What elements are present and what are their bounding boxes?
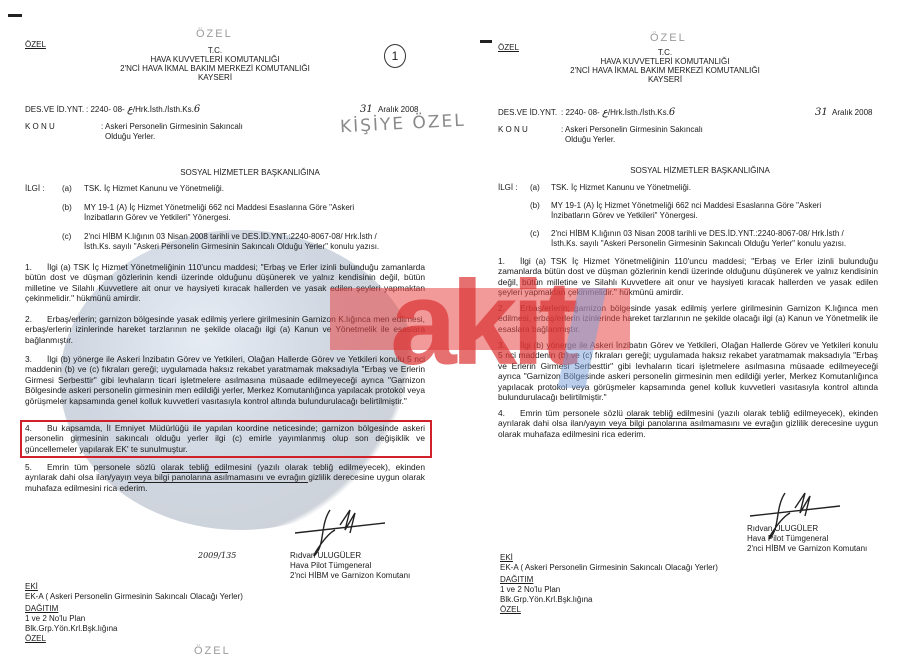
classification-top: ÖZEL [25,40,46,50]
dagitim-item-2: Blk.Grp.Yön.Krl.Bşk.lığına [500,595,592,605]
scan-mark [480,40,492,43]
classification-top: ÖZEL [498,43,519,53]
ilgi-b-line-2: İnzibatların Görev ve Yetkileri" Yönerge… [551,211,698,221]
page-number-circled: 1 [384,44,406,68]
classification-stamp: ÖZEL [196,28,233,40]
signatory-title: 2'nci HİBM ve Garnizon Komutanı [290,571,410,581]
dagitim-label: DAĞITIM [25,604,58,614]
ref-label: DES.VE İD.YNT. [25,105,84,115]
ilgi-c-key: (c) [62,232,71,242]
subject-line-2: Olduğu Yerler. [105,132,155,142]
paragraph-3: 3.İlgi (b) yönerge ile Askeri İnzibatın … [25,354,425,406]
ref-hand-number: ع [127,104,133,115]
date-day-handwritten: 31 [815,107,828,118]
ilgi-a-text: TSK. İç Hizmet Kanunu ve Yönetmeliği. [84,184,224,194]
ref-value: : 2240- ع -08/Hrk.İsth./İsth.Ks.6 [86,105,200,115]
subject-label: K O N U [25,122,55,132]
addressee: SOSYAL HİZMETLER BAŞKANLIĞINA [100,168,400,178]
ref-hand-suffix: 6 [194,104,200,115]
ref-hand-suffix: 6 [669,107,675,118]
handwritten-underline [625,418,695,419]
dagitim-item-1: 1 ve 2 No'lu Plan [25,614,85,624]
handwritten-underline [128,482,308,483]
ilgi-c-line-1: 2'nci HİBM K.lığının 03 Nisan 2008 tarih… [84,232,377,242]
ilgi-c-key: (c) [530,229,539,239]
header-city: KAYSERİ [80,73,350,83]
ilgi-label: İLGİ : [498,183,518,193]
handwritten-underline [162,472,228,473]
ilgi-b-line-1: MY 19-1 (A) İç Hizmet Yönetmeliği 662 nc… [551,201,821,211]
ilgi-b-key: (b) [530,201,540,211]
paragraph-4-highlighted: 4.Bu kapsamda, İl Emniyet Müdürlüğü ile … [25,423,425,454]
handwritten-underline [590,428,770,429]
scan-mark [8,14,22,17]
ilgi-c-line-2: İsth.Ks. sayılı "Askeri Personelin Girme… [84,242,379,252]
subject-line-1: : Askeri Personelin Girmesinin Sakıncalı [101,122,243,132]
dagitim-label: DAĞITIM [500,575,533,585]
ilgi-c-line-2: İsth.Ks. sayılı "Askeri Personelin Girme… [551,239,846,249]
classification-stamp: ÖZEL [650,32,687,44]
ilgi-c-line-1: 2'nci HİBM K.lığının 03 Nisan 2008 tarih… [551,229,844,239]
eki-value: EK-A ( Askeri Personelin Girmesinin Sakı… [500,563,718,573]
paragraph-3: 3.İlgi (b) yönerge ile Askeri İnzibatın … [498,340,878,402]
ilgi-b-key: (b) [62,203,72,213]
ilgi-a-text: TSK. İç Hizmet Kanunu ve Yönetmeliği. [551,183,691,193]
subject-line-2: Olduğu Yerler. [565,135,615,145]
ilgi-b-line-1: MY 19-1 (A) İç Hizmet Yönetmeliği 662 nc… [84,203,354,213]
paragraph-1: 1.İlgi (a) TSK İç Hizmet Yönetmeliğinin … [25,262,425,304]
ref-value: : 2240- ع -08/Hrk.İsth./İsth.Ks.6 [561,108,675,118]
document-page-left: ÖZEL ÖZEL 1 T.C. HAVA KUVVETLERİ KOMUTAN… [0,0,450,667]
ilgi-label: İLGİ : [25,184,45,194]
paragraph-5: 5.Emrin tüm personele sözlü olarak tebli… [25,462,425,493]
subject-label: K O N U [498,125,528,135]
signatory-rank: Hava Pilot Tümgeneral [747,534,828,544]
signatory-name: Rıdvan ULUGÜLER [747,524,818,534]
signatory-rank: Hava Pilot Tümgeneral [290,561,371,571]
ilgi-b-line-2: İnzibatların Görev ve Yetkileri" Yönerge… [84,213,231,223]
eki-value: EK-A ( Askeri Personelin Girmesinin Sakı… [25,592,243,602]
ref-label: DES.VE İD.YNT. [498,108,557,118]
classification-bottom: ÖZEL [500,605,521,615]
handwritten-number: 2009/135 [198,551,236,560]
paragraph-1: 1.İlgi (a) TSK İç Hizmet Yönetmeliğinin … [498,256,878,298]
addressee: SOSYAL HİZMETLER BAŞKANLIĞINA [550,166,850,176]
subject-line-1: : Askeri Personelin Girmesinin Sakıncalı [561,125,703,135]
classification-bottom: ÖZEL [25,634,46,644]
signatory-title: 2'nci HİBM ve Garnizon Komutanı [747,544,867,554]
paragraph-4: 4.Emrin tüm personele sözlü olarak tebli… [498,408,878,439]
header-city: KAYSERİ [530,75,800,85]
date-day-handwritten: 31 [360,104,373,115]
eki-label: EKİ [500,553,570,563]
signatory-name: Rıdvan ULUGÜLER [290,551,361,561]
dagitim-item-2: Blk.Grp.Yön.Krl.Bşk.lığına [25,624,117,634]
document-page-right: ÖZEL ÖZEL T.C. HAVA KUVVETLERİ KOMUTANLI… [450,0,900,667]
ilgi-a-key: (a) [62,184,72,194]
dagitim-item-1: 1 ve 2 No'lu Plan [500,585,560,595]
ilgi-a-key: (a) [530,183,540,193]
ref-hand-number: ع [602,107,608,118]
date-text: Aralık 2008 [832,108,872,118]
paragraph-2: 2.Erbaş/erlerin; garnizon bölgesinde yas… [498,303,878,334]
personal-stamp: KİŞİYE ÖZEL [340,111,467,138]
footer-stamp: ÖZEL [194,645,231,657]
eki-label: EKİ [25,582,95,592]
paragraph-2: 2.Erbaş/erlerin; garnizon bölgesinde yas… [25,314,425,345]
